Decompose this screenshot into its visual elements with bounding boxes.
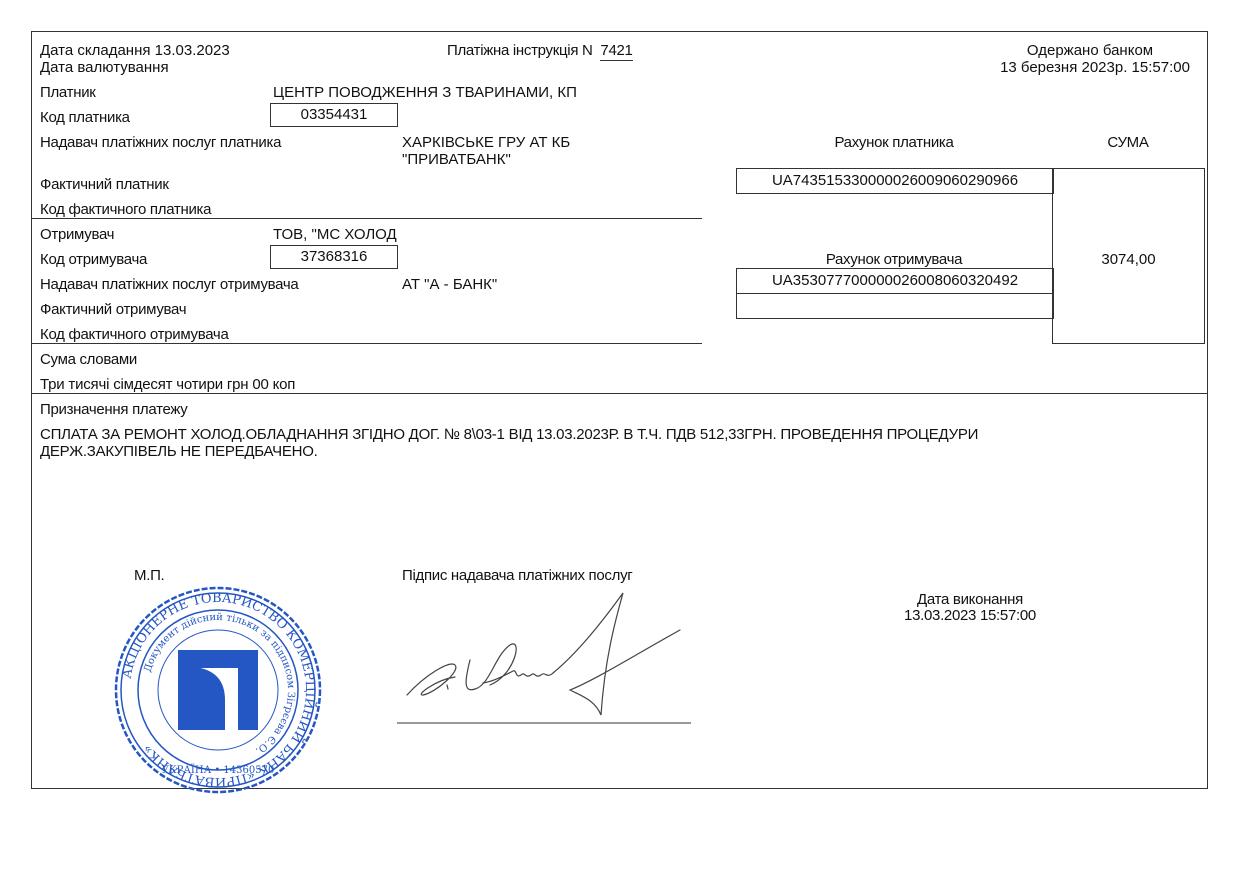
privatbank-stamp-icon: АКЦІОНЕРНЕ ТОВАРИСТВО КОМЕРЦІЙНИЙ БАНК «… [113, 585, 323, 795]
payer-account-box: UA743515330000026009060290966 [736, 168, 1054, 194]
recipient-account-extra-box [736, 293, 1054, 319]
payer-psp-line2: "ПРИВАТБАНК" [402, 151, 570, 168]
svg-text:УКРАЇНА • 14360570: УКРАЇНА • 14360570 [162, 764, 275, 776]
recipient-name: ТОВ, "МС ХОЛОД [273, 226, 397, 243]
execution-value: 13.03.2023 15:57:00 [860, 608, 1080, 624]
purpose-label: Призначення платежу [40, 401, 187, 418]
payer-psp-name: ХАРКІВСЬКЕ ГРУ АТ КБ "ПРИВАТБАНК" [402, 134, 570, 168]
amount-words: Три тисячі сімдесят чотири грн 00 коп [40, 376, 295, 393]
purpose-text: СПЛАТА ЗА РЕМОНТ ХОЛОД.ОБЛАДНАННЯ ЗГІДНО… [40, 426, 978, 460]
actual-recipient-code-label: Код фактичного отримувача [40, 326, 228, 343]
bank-stamp: АКЦІОНЕРНЕ ТОВАРИСТВО КОМЕРЦІЙНИЙ БАНК «… [113, 585, 323, 795]
purpose-line2: ДЕРЖ.ЗАКУПІВЕЛЬ НЕ ПЕРЕДБАЧЕНО. [40, 443, 978, 460]
recipient-account-box: UA353077700000026008060320492 [736, 268, 1054, 294]
value-date: Дата валютування [40, 59, 169, 76]
amount-box: 3074,00 [1052, 168, 1205, 344]
payer-name: ЦЕНТР ПОВОДЖЕННЯ З ТВАРИНАМИ, КП [273, 84, 577, 101]
signature-label: Підпис надавача платіжних послуг [402, 567, 632, 584]
recipient-account: UA353077700000026008060320492 [772, 272, 1018, 289]
payer-account-label: Рахунок платника [736, 134, 1052, 151]
payer-code-label: Код платника [40, 109, 130, 126]
payer-psp-label: Надавач платіжних послуг платника [40, 134, 281, 151]
document-title: Платіжна інструкція N 7421 [447, 42, 633, 61]
payer-code: 03354431 [301, 106, 368, 123]
date-compiled-label: Дата складання [40, 42, 151, 59]
handwritten-signature-icon [395, 585, 695, 725]
recipient-account-label: Рахунок отримувача [736, 251, 1052, 268]
date-compiled-value: 13.03.2023 [155, 42, 230, 59]
value-date-label: Дата валютування [40, 59, 169, 76]
signature [395, 585, 695, 725]
stamp-label: М.П. [134, 567, 164, 584]
amount-words-divider [32, 393, 1207, 394]
actual-payer-label: Фактичний платник [40, 176, 169, 193]
received-value: 13 березня 2023р. 15:57:00 [960, 59, 1220, 76]
actual-recipient-label: Фактичний отримувач [40, 301, 186, 318]
payer-account: UA743515330000026009060290966 [772, 172, 1018, 189]
recipient-section-divider [32, 343, 702, 344]
amount-label: СУМА [1052, 134, 1204, 151]
actual-payer-code-label: Код фактичного платника [40, 201, 211, 218]
execution-label: Дата виконання [860, 592, 1080, 608]
purpose-line1: СПЛАТА ЗА РЕМОНТ ХОЛОД.ОБЛАДНАННЯ ЗГІДНО… [40, 426, 978, 443]
received-label: Одержано банком [960, 42, 1220, 59]
recipient-code-label: Код отримувача [40, 251, 147, 268]
payer-section-divider [32, 218, 702, 219]
payer-label: Платник [40, 84, 96, 101]
recipient-psp-label: Надавач платіжних послуг отримувача [40, 276, 298, 293]
payer-psp-line1: ХАРКІВСЬКЕ ГРУ АТ КБ [402, 134, 570, 151]
recipient-label: Отримувач [40, 226, 114, 243]
amount-words-label: Сума словами [40, 351, 137, 368]
execution-date: Дата виконання 13.03.2023 15:57:00 [860, 592, 1080, 624]
recipient-psp-name: АТ "А - БАНК" [402, 276, 497, 293]
payer-code-box: 03354431 [270, 103, 398, 127]
document-number: 7421 [600, 42, 632, 61]
amount-value: 3074,00 [1053, 251, 1204, 268]
date-compiled: Дата складання 13.03.2023 [40, 42, 230, 59]
recipient-code: 37368316 [301, 248, 368, 265]
recipient-code-box: 37368316 [270, 245, 398, 269]
received-by-bank: Одержано банком 13 березня 2023р. 15:57:… [960, 42, 1220, 76]
document-title-text: Платіжна інструкція N [447, 42, 593, 59]
